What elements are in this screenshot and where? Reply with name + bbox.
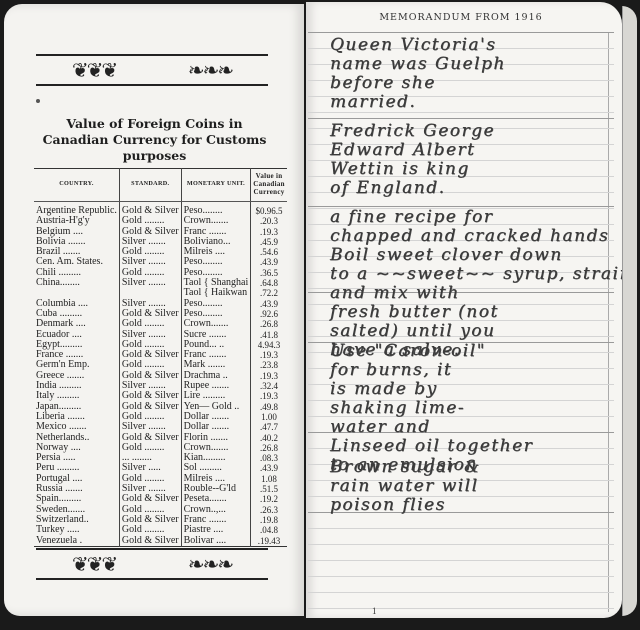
country-cell: Belgium .... (34, 227, 119, 237)
note-line: is made by (330, 380, 620, 399)
unit-cell: Piastre .... (181, 525, 251, 535)
country-cell: Columbia .... (34, 299, 119, 309)
value-cell: .36.5 (251, 268, 287, 278)
standard-cell: Gold & Silver (119, 202, 181, 217)
table-row: Belgium ....Gold & SilverFranc ........1… (34, 227, 287, 237)
table-row: Mexico .......Silver .......Dollar .....… (34, 422, 287, 432)
unit-cell: Florin ....... (181, 433, 251, 443)
country-cell: Peru ......... (34, 463, 119, 473)
standard-cell: Gold ........ (119, 443, 181, 453)
note-line: poison flies (330, 496, 620, 515)
standard-cell: Gold ........ (119, 268, 181, 278)
country-cell: China........ (34, 278, 119, 288)
value-cell: .04.8 (251, 525, 287, 535)
standard-cell: ... ........ (119, 453, 181, 463)
country-cell: Argentine Republic. (34, 202, 119, 217)
note-line: name was Guelph (330, 55, 620, 74)
handwritten-note: Brown sugar &rain water willpoison flies (330, 458, 620, 515)
value-cell: .43.9 (251, 257, 287, 267)
ruled-line (308, 560, 614, 561)
value-cell: .41.8 (251, 330, 287, 340)
page-edges (622, 6, 637, 616)
country-cell: Sweden....... (34, 505, 119, 515)
value-cell: .47.7 (251, 422, 287, 432)
col-standard: Standard. (119, 169, 181, 202)
unit-cell: Mark ....... (181, 360, 251, 370)
note-line: water and (330, 418, 620, 437)
note-line: Boil sweet clover down (330, 246, 620, 265)
country-cell: Venezuela . (34, 536, 119, 547)
standard-cell: Gold & Silver (119, 494, 181, 504)
value-cell: .26.3 (251, 505, 287, 515)
handwritten-note: Use "Caron-oil"for burns, itis made bysh… (330, 342, 620, 475)
country-cell: Denmark .... (34, 319, 119, 329)
unit-cell: Peso........ (181, 202, 251, 217)
value-cell: 1.00 (251, 412, 287, 422)
country-cell: Bolivia ....... (34, 237, 119, 247)
standard-cell: Gold ........ (119, 474, 181, 484)
standard-cell: Gold & Silver (119, 309, 181, 319)
unit-cell: Kian......... (181, 453, 251, 463)
table-row: Bolivia .......Silver .......Boliviano..… (34, 237, 287, 247)
country-cell: Egypt......... (34, 340, 119, 350)
col-monetary-unit: Monetary Unit. (181, 169, 251, 202)
unit-cell: Franc ....... (181, 227, 251, 237)
note-line: Fredrick George (330, 122, 620, 141)
value-cell: .92.6 (251, 309, 287, 319)
table-row: Switzerland..Gold & SilverFranc ........… (34, 515, 287, 525)
value-cell: .45.9 (251, 237, 287, 247)
value-cell: .08.3 (251, 453, 287, 463)
table-row: Venezuela .Gold & SilverBolivar .....19.… (34, 536, 287, 547)
standard-cell: Silver ....... (119, 299, 181, 309)
note-line: Linseed oil together (330, 437, 620, 456)
unit-cell: Milreis .... (181, 474, 251, 484)
note-line: Queen Victoria's (330, 36, 620, 55)
standard-cell: Gold & Silver (119, 391, 181, 401)
page-title: Value of Foreign Coins in Canadian Curre… (32, 116, 277, 164)
coin-values-table: Country. Standard. Monetary Unit. Value … (34, 168, 287, 547)
table-row: China........Silver .......Taol { Shangh… (34, 278, 287, 288)
value-cell: 4.94.3 (251, 340, 287, 350)
section-divider-line (308, 118, 614, 119)
value-cell: .64.8 (251, 278, 287, 288)
standard-cell: Gold ........ (119, 247, 181, 257)
value-cell: .19.2 (251, 494, 287, 504)
country-cell: Brazil ....... (34, 247, 119, 257)
memo-header: MEMORANDUM FROM 1916 (326, 12, 596, 23)
note-line: for burns, it (330, 361, 620, 380)
country-cell: Norway .... (34, 443, 119, 453)
standard-cell: Gold & Silver (119, 536, 181, 547)
leaf-scroll-icon: ❦❦❦ (72, 60, 116, 80)
value-cell: .20.3 (251, 216, 287, 226)
country-cell: Italy ......... (34, 391, 119, 401)
unit-cell: Peso........ (181, 299, 251, 309)
country-cell: Portugal .... (34, 474, 119, 484)
country-cell: Germ'n Emp. (34, 360, 119, 370)
standard-cell: Gold ........ (119, 340, 181, 350)
unit-cell: Pound... .. (181, 340, 251, 350)
note-line: salted) until you (330, 322, 620, 341)
country-cell: Ecuador .... (34, 330, 119, 340)
note-line: rain water will (330, 477, 620, 496)
value-cell: .26.8 (251, 319, 287, 329)
table-row: Denmark ....Gold ........Crown........26… (34, 319, 287, 329)
table-row: Norway ....Gold ........Crown........26.… (34, 443, 287, 453)
unit-cell: Boliviano... (181, 237, 251, 247)
standard-cell: Gold ........ (119, 216, 181, 226)
standard-cell: Silver ....... (119, 330, 181, 340)
note-line: Edward Albert (330, 141, 620, 160)
standard-cell: Gold ........ (119, 360, 181, 370)
table-row: Sweden.......Gold ........Crown..,....26… (34, 505, 287, 515)
standard-cell: Gold ........ (119, 412, 181, 422)
table-row: Cuba .........Gold & SilverPeso.........… (34, 309, 287, 319)
unit-cell: Yen— Gold .. (181, 402, 251, 412)
country-cell: Cuba ......... (34, 309, 119, 319)
top-ornament-border: ❦❦❦ ❧❧❧ (36, 54, 268, 86)
country-cell: Switzerland.. (34, 515, 119, 525)
unit-cell: Peso........ (181, 268, 251, 278)
leaf-scroll-icon: ❧❧❧ (188, 60, 232, 80)
country-cell: Mexico ....... (34, 422, 119, 432)
note-line: a fine recipe for (330, 208, 620, 227)
standard-cell: Gold & Silver (119, 227, 181, 237)
unit-cell: Taol { Haikwan (181, 288, 251, 298)
value-cell: .54.6 (251, 247, 287, 257)
unit-cell: Sol ......... (181, 463, 251, 473)
value-cell: .19.43 (251, 536, 287, 547)
value-cell: .43.9 (251, 463, 287, 473)
table-row: Columbia ....Silver .......Peso.........… (34, 299, 287, 309)
value-cell: .19.3 (251, 391, 287, 401)
country-cell: Russia ....... (34, 484, 119, 494)
standard-cell: Silver ....... (119, 381, 181, 391)
value-cell: .72.2 (251, 288, 287, 298)
standard-cell: Silver ....... (119, 422, 181, 432)
unit-cell: Bolivar .... (181, 536, 251, 547)
table-row: Peru .........Silver .....Sol ..........… (34, 463, 287, 473)
value-cell: 1.08 (251, 474, 287, 484)
value-cell: .43.9 (251, 299, 287, 309)
country-cell: France ....... (34, 350, 119, 360)
leaf-scroll-icon: ❧❧❧ (188, 554, 232, 574)
section-divider-line (308, 32, 614, 33)
unit-cell: Crown....... (181, 319, 251, 329)
note-line: and mix with (330, 284, 620, 303)
country-cell: Greece ....... (34, 371, 119, 381)
handwritten-note: Fredrick GeorgeEdward AlbertWettin is ki… (330, 122, 620, 198)
table-row: Russia .......Silver .......Rouble--G'ld… (34, 484, 287, 494)
table-body: Argentine Republic.Gold & SilverPeso....… (34, 202, 287, 547)
unit-cell: Lire ......... (181, 391, 251, 401)
table-row: Greece .......Gold & SilverDrachma ...19… (34, 371, 287, 381)
value-cell: .49.8 (251, 402, 287, 412)
standard-cell: Gold & Silver (119, 371, 181, 381)
handwritten-note: Queen Victoria'sname was Guelphbefore sh… (330, 36, 620, 112)
table-row: Germ'n Emp.Gold ........Mark ........23.… (34, 360, 287, 370)
value-cell: .23.8 (251, 360, 287, 370)
value-cell: .19.8 (251, 515, 287, 525)
standard-cell: Gold ........ (119, 319, 181, 329)
ruled-line (308, 608, 614, 609)
ruled-line (308, 592, 614, 593)
table-row: Italy .........Gold & SilverLire .......… (34, 391, 287, 401)
value-cell: $0.96.5 (251, 202, 287, 217)
country-cell: Turkey ..... (34, 525, 119, 535)
standard-cell: Silver ..... (119, 463, 181, 473)
unit-cell: Franc ....... (181, 350, 251, 360)
table-row: Spain.........Gold & SilverPeseta.......… (34, 494, 287, 504)
country-cell: Japan......... (34, 402, 119, 412)
table-row: Chili .........Gold ........Peso........… (34, 268, 287, 278)
value-cell: .26.8 (251, 443, 287, 453)
unit-cell: Taol { Shanghai (181, 278, 251, 288)
standard-cell: Gold ........ (119, 505, 181, 515)
table-row: Cen. Am. States.Silver .......Peso......… (34, 257, 287, 267)
standard-cell (119, 288, 181, 298)
right-page: MEMORANDUM FROM 1916 Queen Victoria'snam… (306, 2, 622, 618)
page-number: 1 (372, 606, 377, 616)
table-row: Liberia .......Gold ........Dollar .....… (34, 412, 287, 422)
standard-cell: Silver ....... (119, 257, 181, 267)
bottom-ornament-border: ❦❦❦ ❧❧❧ (36, 548, 268, 580)
leaf-scroll-icon: ❦❦❦ (72, 554, 116, 574)
value-cell: .19.3 (251, 371, 287, 381)
unit-cell: Peseta....... (181, 494, 251, 504)
note-line: Brown sugar & (330, 458, 620, 477)
country-cell: Spain......... (34, 494, 119, 504)
unit-cell: Milreis .... (181, 247, 251, 257)
standard-cell: Silver ....... (119, 484, 181, 494)
dot-mark (36, 99, 40, 103)
table-row: Ecuador ....Silver .......Sucre ........… (34, 330, 287, 340)
table-row: Brazil .......Gold ........Milreis .....… (34, 247, 287, 257)
unit-cell: Drachma .. (181, 371, 251, 381)
value-cell: .19.3 (251, 227, 287, 237)
open-memo-book: ❦❦❦ ❧❧❧ Value of Foreign Coins in Canadi… (0, 0, 640, 622)
country-cell: Persia ..... (34, 453, 119, 463)
table-row: India .........Silver .......Rupee .....… (34, 381, 287, 391)
unit-cell: Peso........ (181, 257, 251, 267)
table-header-row: Country. Standard. Monetary Unit. Value … (34, 169, 287, 202)
table-row: Austria-H'g'yGold ........Crown........2… (34, 216, 287, 226)
note-line: before she (330, 74, 620, 93)
table-row: Turkey .....Gold ........Piastre .....04… (34, 525, 287, 535)
unit-cell: Sucre ....... (181, 330, 251, 340)
country-cell: Netherlands.. (34, 433, 119, 443)
standard-cell: Gold & Silver (119, 515, 181, 525)
note-line: Wettin is king (330, 160, 620, 179)
standard-cell: Gold & Silver (119, 433, 181, 443)
value-cell: .51.5 (251, 484, 287, 494)
table-row: Netherlands..Gold & SilverFlorin .......… (34, 433, 287, 443)
unit-cell: Crown....... (181, 216, 251, 226)
note-line: Use "Caron-oil" (330, 342, 620, 361)
value-cell: .19.3 (251, 350, 287, 360)
ruled-line (308, 112, 614, 113)
note-line: to a ~~sweet~~ syrup, strain (330, 265, 620, 284)
unit-cell: Dollar ....... (181, 422, 251, 432)
note-line: chapped and cracked hands (330, 227, 620, 246)
unit-cell: Dollar ....... (181, 412, 251, 422)
note-line: of England. (330, 179, 620, 198)
col-value: Value in Canadian Currency (251, 169, 287, 202)
table-row: Egypt.........Gold ........Pound... ..4.… (34, 340, 287, 350)
unit-cell: Peso........ (181, 309, 251, 319)
table-row: Japan.........Gold & SilverYen— Gold ...… (34, 402, 287, 412)
country-cell: Cen. Am. States. (34, 257, 119, 267)
country-cell: Liberia ....... (34, 412, 119, 422)
country-cell (34, 288, 119, 298)
note-line: shaking lime- (330, 399, 620, 418)
table-row: Portugal ....Gold ........Milreis ....1.… (34, 474, 287, 484)
table-row: Argentine Republic.Gold & SilverPeso....… (34, 202, 287, 217)
ruled-line (308, 576, 614, 577)
unit-cell: Rupee ....... (181, 381, 251, 391)
country-cell: India ......... (34, 381, 119, 391)
standard-cell: Gold & Silver (119, 402, 181, 412)
unit-cell: Crown..,... (181, 505, 251, 515)
unit-cell: Crown....... (181, 443, 251, 453)
table-row: France .......Gold & SilverFranc .......… (34, 350, 287, 360)
value-cell: .32.4 (251, 381, 287, 391)
note-line: married. (330, 93, 620, 112)
value-cell: .40.2 (251, 433, 287, 443)
handwritten-note: a fine recipe forchapped and cracked han… (330, 208, 620, 360)
country-cell: Austria-H'g'y (34, 216, 119, 226)
ruled-line (308, 528, 614, 529)
unit-cell: Franc ....... (181, 515, 251, 525)
unit-cell: Rouble--G'ld (181, 484, 251, 494)
standard-cell: Gold & Silver (119, 350, 181, 360)
table-row: Taol { Haikwan.72.2 (34, 288, 287, 298)
ruled-line (308, 544, 614, 545)
note-line: fresh butter (not (330, 303, 620, 322)
standard-cell: Gold ........ (119, 525, 181, 535)
table-row: Persia ........ ........Kian..........08… (34, 453, 287, 463)
col-country: Country. (34, 169, 119, 202)
standard-cell: Silver ....... (119, 278, 181, 288)
standard-cell: Silver ....... (119, 237, 181, 247)
left-page: ❦❦❦ ❧❧❧ Value of Foreign Coins in Canadi… (4, 4, 304, 616)
country-cell: Chili ......... (34, 268, 119, 278)
